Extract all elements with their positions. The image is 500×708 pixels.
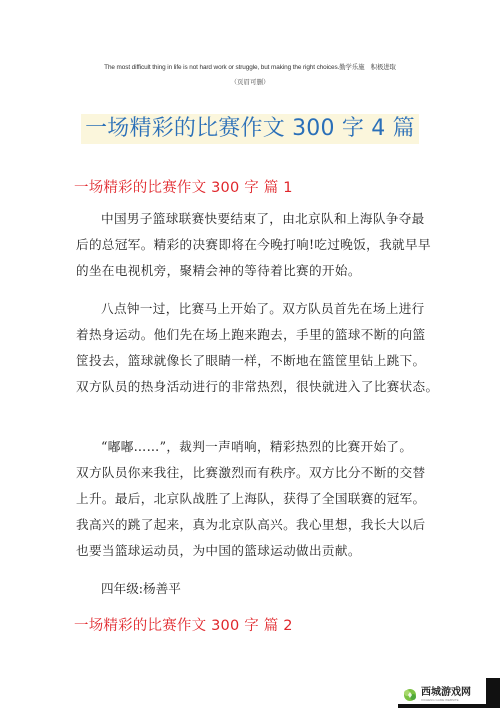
document-title: 一场精彩的比赛作文 300 字 4 篇 [81,114,419,144]
paragraph-line: 着热身运动。他们先在场上跑来跑去，手里的篮球不断的向篮 [76,322,426,348]
paragraph-line: 后的总冠军。精彩的决赛即将在今晚打响!吃过晚饭，我就早早 [76,232,426,258]
watermark-site-sub: XICHENG GAME WEBSITE [421,698,471,702]
watermark-dark-strip [398,704,500,708]
paragraph-line: 中国男子篮球联赛快要结束了，由北京队和上海队争夺最 [76,206,426,232]
paragraph-line: 筐投去，篮球就像长了眼睛一样，不断地在篮筐里钻上跳下。 [76,348,426,374]
page-header-quote: The most difficult thing in life is not … [0,62,500,71]
paragraph-line: 的坐在电视机旁，聚精会神的等待着比赛的开始。 [76,258,426,284]
paragraph-line: “嘟嘟……”，裁判一声哨响，精彩热烈的比赛开始了。 [76,434,426,460]
paragraph-line: 我高兴的跳了起来，真为北京队高兴。我心里想，我长大以后 [76,512,426,538]
paragraph-1: 中国男子篮球联赛快要结束了，由北京队和上海队争夺最 后的总冠军。精彩的决赛即将在… [76,206,426,284]
paragraph-line: 双方队员的热身活动进行的非常热烈，很快就进入了比赛状态。 [76,374,426,400]
paragraph-3: “嘟嘟……”，裁判一声哨响，精彩热烈的比赛开始了。 双方队员你来我往，比赛激烈而… [76,434,426,564]
author-signature: 四年级:杨善平 [101,578,181,597]
watermark-site-name: 西城游戏网 [421,687,471,698]
title-container: 一场精彩的比赛作文 300 字 4 篇 [0,114,500,144]
section-heading-2: 一场精彩的比赛作文 300 字 篇 2 [74,614,293,635]
document-page: The most difficult thing in life is not … [0,0,500,708]
paragraph-line: 也要当篮球运动员，为中国的篮球运动做出贡献。 [76,538,426,564]
paragraph-line: 八点钟一过，比赛马上开始了。双方队员首先在场上进行 [76,296,426,322]
section-heading-1: 一场精彩的比赛作文 300 字 篇 1 [74,176,293,197]
watermark-text-group: 西城游戏网 XICHENG GAME WEBSITE [421,687,471,702]
paragraph-line: 双方队员你来我往，比赛激烈而有秩序。双方比分不断的交替 [76,460,426,486]
paragraph-line: 上升。最后，北京队战胜了上海队，获得了全国联赛的冠军。 [76,486,426,512]
watermark-logo-icon [402,687,418,701]
page-header-note: （页眉可删） [0,77,500,86]
paragraph-2: 八点钟一过，比赛马上开始了。双方队员首先在场上进行 着热身运动。他们先在场上跑来… [76,296,426,400]
